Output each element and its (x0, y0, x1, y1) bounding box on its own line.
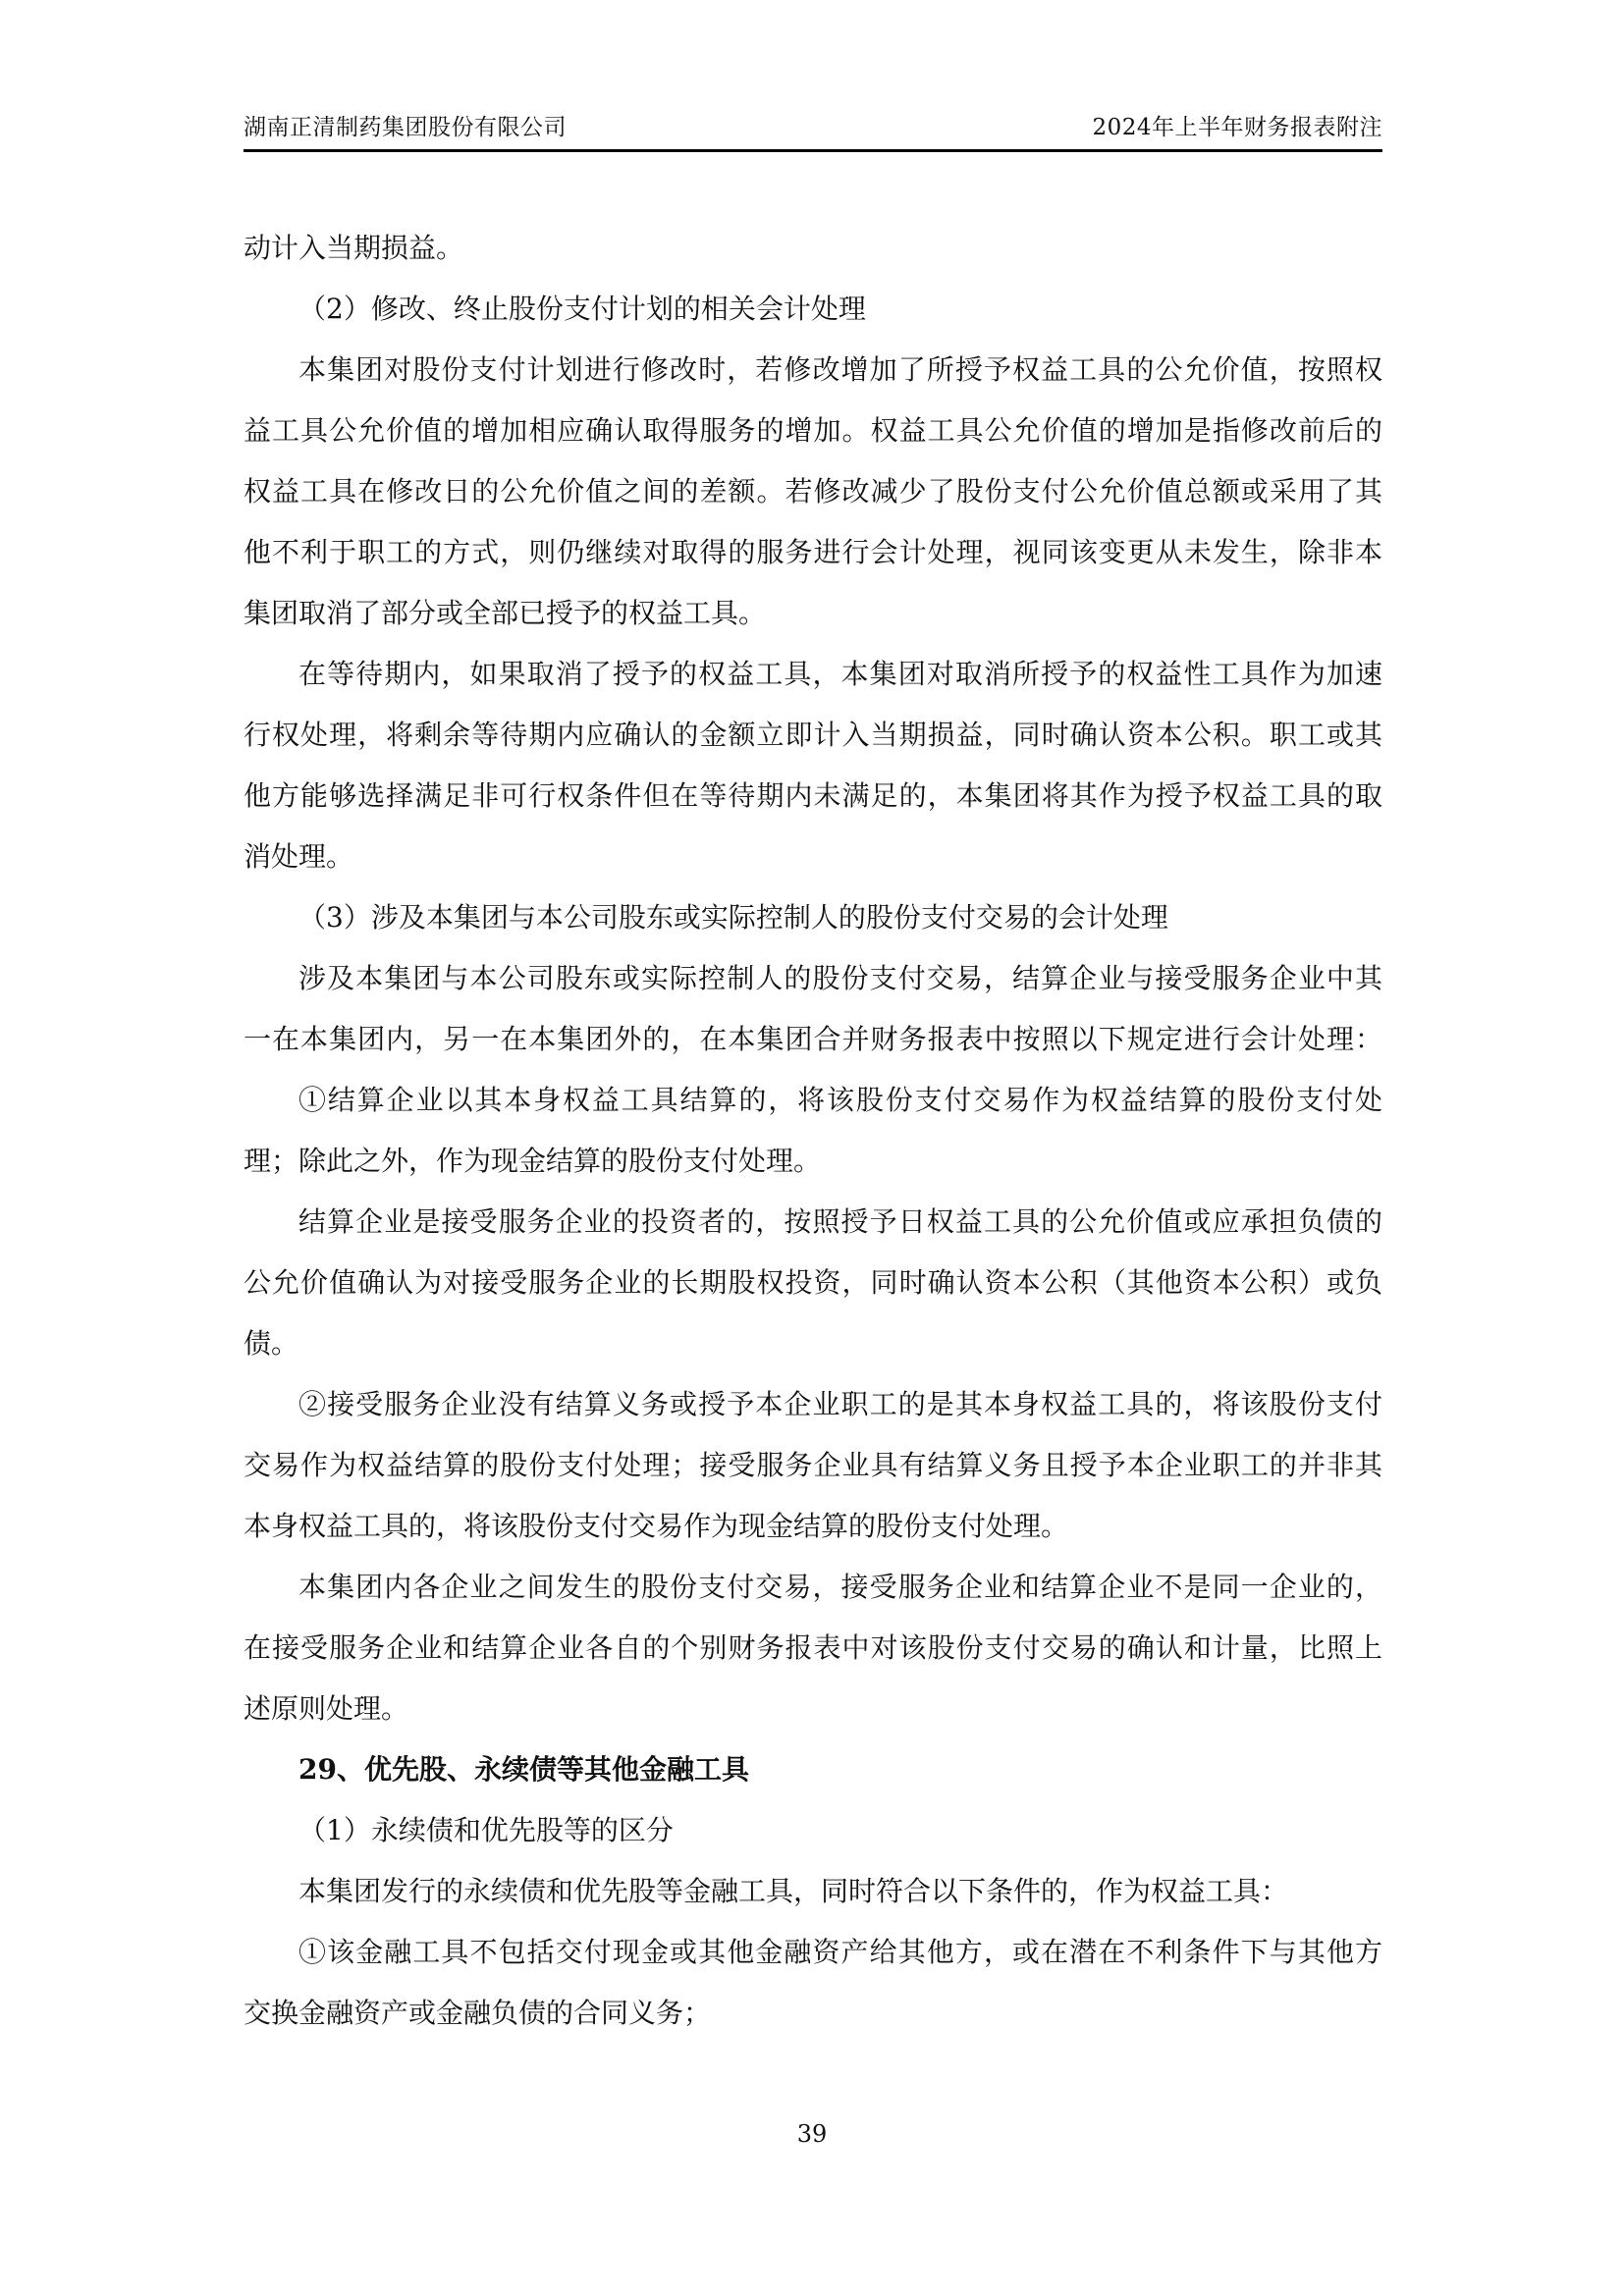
text-line: 消处理。 (244, 827, 1382, 887)
text-line: 公允价值确认为对接受服务企业的长期股权投资，同时确认资本公积（其他资本公积）或负 (244, 1253, 1382, 1313)
text-line: 交易作为权益结算的股份支付处理；接受服务企业具有结算义务且授予本企业职工的并非其 (244, 1435, 1382, 1496)
document-page: 湖南正清制药集团股份有限公司 2024年上半年财务报表附注 动计入当期损益。（2… (0, 0, 1624, 2296)
text-line: ①结算企业以其本身权益工具结算的，将该股份支付交易作为权益结算的股份支付处 (244, 1070, 1382, 1131)
text-line: 债。 (244, 1313, 1382, 1374)
text-line: ②接受服务企业没有结算义务或授予本企业职工的是其本身权益工具的，将该股份支付 (244, 1374, 1382, 1435)
text-line: 涉及本集团与本公司股东或实际控制人的股份支付交易，结算企业与接受服务企业中其 (244, 948, 1382, 1009)
text-line: 益工具公允价值的增加相应确认取得服务的增加。权益工具公允价值的增加是指修改前后的 (244, 400, 1382, 461)
text-line: 集团取消了部分或全部已授予的权益工具。 (244, 583, 1382, 644)
text-line: 结算企业是接受服务企业的投资者的，按照授予日权益工具的公允价值或应承担负债的 (244, 1192, 1382, 1253)
company-name: 湖南正清制药集团股份有限公司 (244, 109, 567, 141)
text-line: 交换金融资产或金融负债的合同义务； (244, 1983, 1382, 2044)
text-line: （3）涉及本集团与本公司股东或实际控制人的股份支付交易的会计处理 (244, 887, 1382, 948)
text-line: 行权处理，将剩余等待期内应确认的金额立即计入当期损益，同时确认资本公积。职工或其 (244, 705, 1382, 766)
text-line: 述原则处理。 (244, 1679, 1382, 1739)
document-body: 动计入当期损益。（2）修改、终止股份支付计划的相关会计处理本集团对股份支付计划进… (244, 218, 1382, 2044)
text-line: （1）永续债和优先股等的区分 (244, 1800, 1382, 1861)
page-header: 湖南正清制药集团股份有限公司 2024年上半年财务报表附注 (244, 110, 1382, 152)
page-number: 39 (0, 2120, 1624, 2148)
text-line: 一在本集团内，另一在本集团外的，在本集团合并财务报表中按照以下规定进行会计处理： (244, 1009, 1382, 1070)
text-line: 本身权益工具的，将该股份支付交易作为现金结算的股份支付处理。 (244, 1496, 1382, 1557)
text-line: 动计入当期损益。 (244, 218, 1382, 279)
text-line: 他方能够选择满足非可行权条件但在等待期内未满足的，本集团将其作为授予权益工具的取 (244, 766, 1382, 827)
report-title: 2024年上半年财务报表附注 (1092, 109, 1382, 141)
text-line: 本集团内各企业之间发生的股份支付交易，接受服务企业和结算企业不是同一企业的， (244, 1557, 1382, 1618)
text-line: 本集团发行的永续债和优先股等金融工具，同时符合以下条件的，作为权益工具： (244, 1861, 1382, 1922)
text-line: 在接受服务企业和结算企业各自的个别财务报表中对该股份支付交易的确认和计量，比照上 (244, 1618, 1382, 1679)
text-line: 理；除此之外，作为现金结算的股份支付处理。 (244, 1131, 1382, 1192)
text-line: 在等待期内，如果取消了授予的权益工具，本集团对取消所授予的权益性工具作为加速 (244, 644, 1382, 705)
text-line: ①该金融工具不包括交付现金或其他金融资产给其他方，或在潜在不利条件下与其他方 (244, 1922, 1382, 1983)
section-heading: 29、优先股、永续债等其他金融工具 (244, 1739, 1382, 1800)
text-line: 权益工具在修改日的公允价值之间的差额。若修改减少了股份支付公允价值总额或采用了其 (244, 461, 1382, 522)
text-line: 他不利于职工的方式，则仍继续对取得的服务进行会计处理，视同该变更从未发生，除非本 (244, 522, 1382, 583)
text-line: 本集团对股份支付计划进行修改时，若修改增加了所授予权益工具的公允价值，按照权 (244, 340, 1382, 400)
text-line: （2）修改、终止股份支付计划的相关会计处理 (244, 279, 1382, 340)
